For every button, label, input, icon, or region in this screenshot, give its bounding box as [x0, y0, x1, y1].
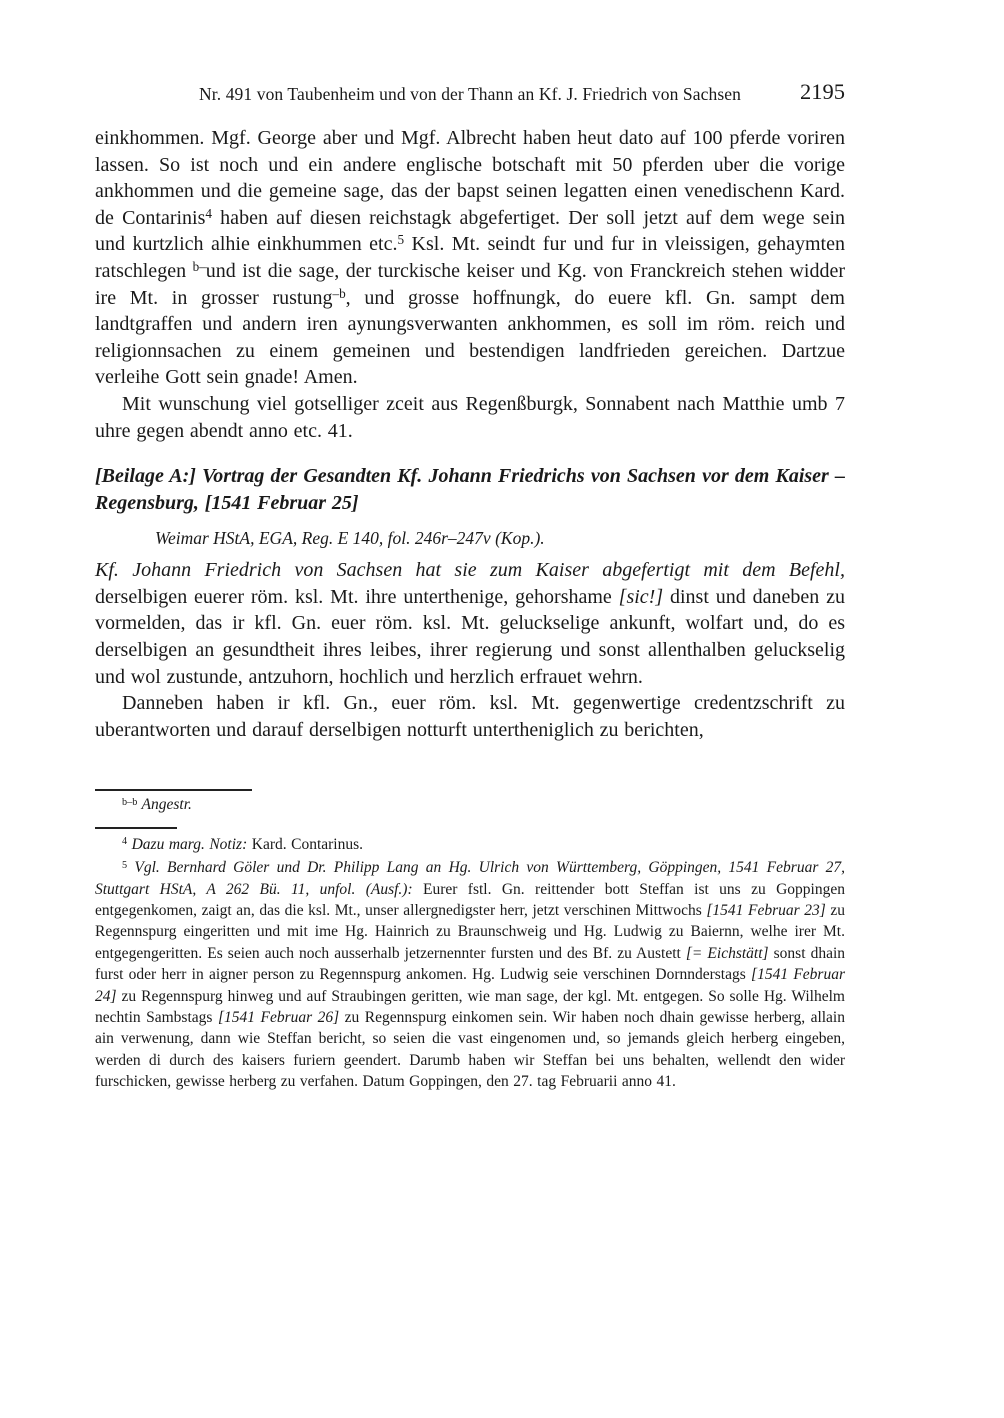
letter-paragraph-2: Mit wunschung viel gotselliger zceit aus… [95, 391, 845, 444]
running-head-title: Nr. 491 von Taubenheim und von der Thann… [95, 82, 845, 106]
footnote-apparatus-b: b–b Angestr. [95, 794, 845, 815]
book-page: Nr. 491 von Taubenheim und von der Thann… [0, 0, 1004, 1418]
main-text-block: einkhommen. Mgf. George aber und Mgf. Al… [95, 125, 845, 743]
running-head: Nr. 491 von Taubenheim und von der Thann… [95, 82, 845, 110]
footnote-4: 4 Dazu marg. Notiz: Kard. Contarinus. [95, 834, 845, 855]
letter-paragraph-1: einkhommen. Mgf. George aber und Mgf. Al… [95, 125, 845, 391]
beilage-paragraph-2: Danneben haben ir kfl. Gn., euer röm. ks… [95, 690, 845, 743]
footnote-5: 5 Vgl. Bernhard Göler und Dr. Philipp La… [95, 857, 845, 1092]
footnotes-section: b–b Angestr. 4 Dazu marg. Notiz: Kard. C… [95, 789, 845, 1092]
page-number: 2195 [800, 79, 845, 105]
footnote-separator-apparatus [95, 789, 252, 791]
archive-source-line: Weimar HStA, EGA, Reg. E 140, fol. 246r–… [155, 527, 845, 550]
footnote-separator-notes [95, 827, 177, 829]
beilage-paragraph-1: Kf. Johann Friedrich von Sachsen hat sie… [95, 557, 845, 690]
beilage-heading: [Beilage A:] Vortrag der Gesandten Kf. J… [95, 463, 845, 517]
